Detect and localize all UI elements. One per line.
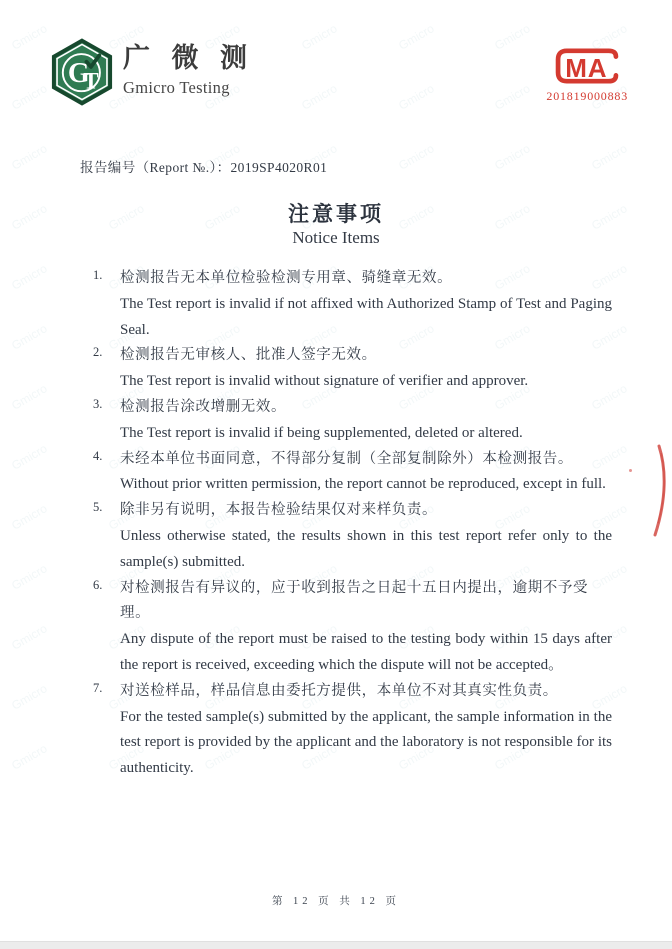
notice-text-en: The Test report is invalid if being supp… [120, 421, 612, 447]
brand-text: 广 微 测 Gmicro Testing [123, 38, 254, 98]
notice-text-cn: 未经本单位书面同意，不得部分复制（全部复制除外）本检测报告。 [120, 447, 612, 473]
notice-number: 5. [93, 497, 120, 574]
document-page: GmicroGmicroGmicroGmicroGmicroGmicroGmic… [0, 0, 672, 949]
page-title-en: Notice Items [0, 228, 672, 248]
notice-text: 对送检样品，样品信息由委托方提供，本单位不对其真实性负责。 For the te… [120, 679, 612, 782]
page-title-cn: 注意事项 [0, 198, 672, 228]
brand-block: G T 广 微 测 Gmicro Testing [50, 38, 254, 106]
scan-edge [0, 941, 672, 949]
notice-text-en: The Test report is invalid if not affixe… [120, 292, 612, 344]
notice-text: 未经本单位书面同意，不得部分复制（全部复制除外）本检测报告。 Without p… [120, 447, 612, 499]
notice-number: 2. [93, 342, 120, 394]
report-number-value: 2019SP4020R01 [231, 160, 328, 175]
notice-text-en: Any dispute of the report must be raised… [120, 627, 612, 679]
notice-text-cn: 检测报告无审核人、批准人签字无效。 [120, 343, 612, 369]
notice-text-en: For the tested sample(s) submitted by th… [120, 705, 612, 782]
report-number-line: 报告编号（Report №.）：2019SP4020R01 [80, 156, 327, 176]
header: G T 广 微 测 Gmicro Testing MA 201819000883 [50, 38, 628, 106]
cma-accreditation-icon: MA [553, 46, 621, 86]
cma-cert-number: 201819000883 [546, 89, 628, 104]
notice-item: 6. 对检测报告有异议的，应于收到报告之日起十五日内提出，逾期不予受理。 Any… [93, 576, 612, 679]
notice-text-en: Without prior written permission, the re… [120, 472, 612, 498]
notice-text-cn: 检测报告涂改增删无效。 [120, 395, 612, 421]
report-number-label: 报告编号（Report №.）： [80, 160, 231, 175]
gmicro-hexagon-logo-icon: G T [50, 38, 114, 106]
notice-text: 检测报告涂改增删无效。 The Test report is invalid i… [120, 395, 612, 447]
notice-number: 1. [93, 265, 120, 342]
notice-text-cn: 检测报告无本单位检验检测专用章、骑缝章无效。 [120, 266, 612, 292]
svg-text:T: T [83, 68, 99, 94]
notice-text-en: Unless otherwise stated, the results sho… [120, 524, 612, 576]
notice-text-cn: 对送检样品，样品信息由委托方提供，本单位不对其真实性负责。 [120, 679, 612, 705]
notice-text: 除非另有说明，本报告检验结果仅对来样负责。 Unless otherwise s… [120, 498, 612, 575]
notice-text-cn: 对检测报告有异议的，应于收到报告之日起十五日内提出，逾期不予受理。 [120, 576, 612, 628]
paging-seal-edge-icon [649, 443, 669, 538]
notice-number: 7. [93, 678, 120, 781]
notice-number: 6. [93, 575, 120, 678]
page-content: G T 广 微 测 Gmicro Testing MA 201819000883 [0, 0, 672, 949]
notice-text-en: The Test report is invalid without signa… [120, 369, 612, 395]
notice-list: 1. 检测报告无本单位检验检测专用章、骑缝章无效。 The Test repor… [93, 266, 612, 782]
notice-text-cn: 除非另有说明，本报告检验结果仅对来样负责。 [120, 498, 612, 524]
notice-item: 7. 对送检样品，样品信息由委托方提供，本单位不对其真实性负责。 For the… [93, 679, 612, 782]
notice-item: 2. 检测报告无审核人、批准人签字无效。 The Test report is … [93, 343, 612, 395]
seal-ink-dot [629, 469, 632, 472]
brand-name-en: Gmicro Testing [123, 78, 254, 98]
notice-item: 1. 检测报告无本单位检验检测专用章、骑缝章无效。 The Test repor… [93, 266, 612, 343]
notice-number: 4. [93, 446, 120, 498]
page-footer: 第 12 页 共 12 页 [0, 893, 672, 908]
notice-text: 对检测报告有异议的，应于收到报告之日起十五日内提出，逾期不予受理。 Any di… [120, 576, 612, 679]
brand-name-cn: 广 微 测 [123, 44, 254, 74]
notice-item: 3. 检测报告涂改增删无效。 The Test report is invali… [93, 395, 612, 447]
cma-letters: MA [565, 53, 607, 83]
notice-text: 检测报告无本单位检验检测专用章、骑缝章无效。 The Test report i… [120, 266, 612, 343]
cma-block: MA 201819000883 [546, 38, 628, 104]
notice-text: 检测报告无审核人、批准人签字无效。 The Test report is inv… [120, 343, 612, 395]
notice-number: 3. [93, 394, 120, 446]
notice-item: 5. 除非另有说明，本报告检验结果仅对来样负责。 Unless otherwis… [93, 498, 612, 575]
notice-item: 4. 未经本单位书面同意，不得部分复制（全部复制除外）本检测报告。 Withou… [93, 447, 612, 499]
